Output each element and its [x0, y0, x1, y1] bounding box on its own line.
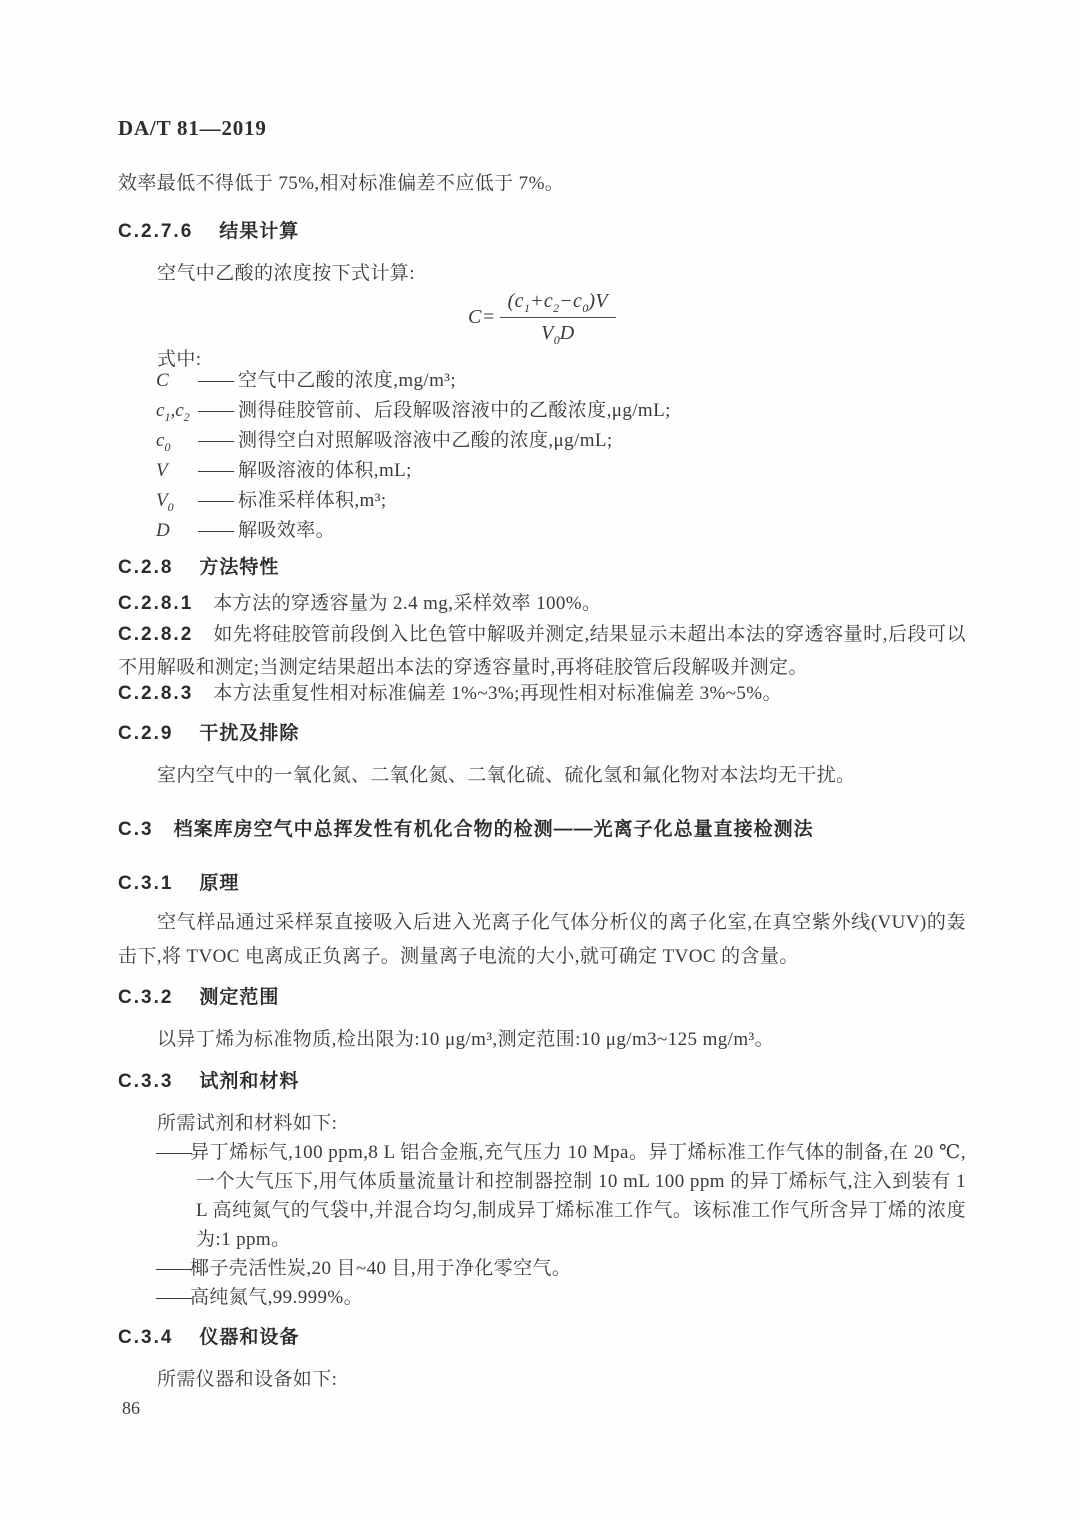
clause-number: C.2.8.1	[118, 593, 193, 614]
bullet-dash: ——	[156, 1142, 190, 1163]
bullet-dash: ——	[156, 1258, 190, 1279]
clause-c33-intro: 所需试剂和材料如下:	[118, 1108, 966, 1140]
clause-text: 如先将硅胶管前段倒入比色管中解吸并测定,结果显示未超出本法的穿透容量时,后段可以…	[118, 624, 966, 678]
list-item: ——高纯氮气,99.999%。	[156, 1283, 966, 1312]
clause-number: C.2.8	[118, 557, 173, 578]
clause-number: C.2.9	[118, 723, 173, 744]
heading-c28: C.2.8方法特性	[118, 552, 966, 579]
definition-text: 标准采样体积,m³;	[238, 486, 966, 516]
clause-number: C.3	[118, 819, 154, 840]
heading-c29: C.2.9干扰及排除	[118, 718, 966, 745]
heading-c276: C.2.7.6结果计算	[118, 216, 966, 243]
definition-row: c1,c2 —— 测得硅胶管前、后段解吸溶液中的乙酸浓度,μg/mL;	[156, 396, 966, 426]
formula-denominator: V0D	[500, 318, 616, 345]
clause-title: 干扰及排除	[199, 723, 299, 744]
symbol-definitions: C —— 空气中乙酸的浓度,mg/m³; c1,c2 —— 测得硅胶管前、后段解…	[156, 366, 966, 546]
clause-title: 测定范围	[199, 987, 279, 1008]
symbol: D	[156, 516, 198, 546]
clause-number: C.2.7.6	[118, 221, 193, 242]
definition-text: 空气中乙酸的浓度,mg/m³;	[238, 366, 966, 396]
list-item: ——椰子壳活性炭,20 目~40 目,用于净化零空气。	[156, 1254, 966, 1283]
clause-c32-text: 以异丁烯为标准物质,检出限为:10 μg/m³,测定范围:10 μg/m3~12…	[118, 1024, 966, 1056]
definition-text: 测得空白对照解吸溶液中乙酸的浓度,μg/mL;	[238, 426, 966, 456]
symbol: C	[156, 366, 198, 396]
definition-dash: ——	[198, 426, 238, 456]
definition-dash: ——	[198, 486, 238, 516]
formula-lhs: C=	[468, 306, 496, 329]
clause-number: C.3.1	[118, 873, 173, 894]
clause-title: 仪器和设备	[199, 1327, 299, 1348]
definition-text: 解吸溶液的体积,mL;	[238, 456, 966, 486]
clause-c29-text: 室内空气中的一氧化氮、二氧化氮、二氧化硫、硫化氢和氟化物对本法均无干扰。	[118, 760, 966, 792]
list-item: ——异丁烯标气,100 ppm,8 L 铝合金瓶,充气压力 10 Mpa。异丁烯…	[156, 1138, 966, 1254]
formula-intro: 空气中乙酸的浓度按下式计算:	[118, 258, 966, 290]
clause-c31-text: 空气样品通过采样泵直接吸入后进入光离子化气体分析仪的离子化室,在真空紫外线(VU…	[118, 906, 966, 974]
formula-numerator: (c1+c2−c0)V	[500, 290, 616, 318]
symbol: c0	[156, 426, 198, 456]
clause-text: 本方法的穿透容量为 2.4 mg,采样效率 100%。	[213, 593, 601, 614]
paragraph-continuation: 效率最低不得低于 75%,相对标准偏差不应低于 7%。	[118, 168, 966, 200]
formula-fraction: (c1+c2−c0)VV0D	[500, 290, 616, 345]
clause-c283: C.2.8.3本方法重复性相对标准偏差 1%~3%;再现性相对标准偏差 3%~5…	[118, 678, 966, 710]
clause-c34-intro: 所需仪器和设备如下:	[118, 1364, 966, 1396]
list-item-text: 高纯氮气,99.999%。	[190, 1287, 363, 1308]
symbol: c1,c2	[156, 396, 198, 426]
clause-c281: C.2.8.1本方法的穿透容量为 2.4 mg,采样效率 100%。	[118, 588, 966, 620]
heading-c31: C.3.1原理	[118, 868, 966, 895]
clause-number: C.3.4	[118, 1327, 173, 1348]
clause-title: 结果计算	[219, 221, 299, 242]
definition-dash: ——	[198, 516, 238, 546]
heading-c33: C.3.3试剂和材料	[118, 1066, 966, 1093]
definition-text: 解吸效率。	[238, 516, 966, 546]
clause-number: C.3.2	[118, 987, 173, 1008]
symbol: V0	[156, 486, 198, 516]
clause-text: 本方法重复性相对标准偏差 1%~3%;再现性相对标准偏差 3%~5%。	[213, 683, 782, 704]
document-page: DA/T 81—2019 效率最低不得低于 75%,相对标准偏差不应低于 7%。…	[0, 0, 1080, 1520]
definition-row: V —— 解吸溶液的体积,mL;	[156, 456, 966, 486]
page-content: DA/T 81—2019 效率最低不得低于 75%,相对标准偏差不应低于 7%。…	[118, 0, 966, 1520]
reagent-list: ——异丁烯标气,100 ppm,8 L 铝合金瓶,充气压力 10 Mpa。异丁烯…	[156, 1138, 966, 1312]
definition-row: D —— 解吸效率。	[156, 516, 966, 546]
heading-c34: C.3.4仪器和设备	[118, 1322, 966, 1349]
definition-row: C —— 空气中乙酸的浓度,mg/m³;	[156, 366, 966, 396]
clause-number: C.2.8.2	[118, 624, 193, 645]
clause-number: C.3.3	[118, 1071, 173, 1092]
heading-c3: C.3档案库房空气中总挥发性有机化合物的检测——光离子化总量直接检测法	[118, 814, 966, 841]
definition-dash: ——	[198, 456, 238, 486]
page-number: 86	[122, 1398, 966, 1419]
heading-c32: C.3.2测定范围	[118, 982, 966, 1009]
definition-text: 测得硅胶管前、后段解吸溶液中的乙酸浓度,μg/mL;	[238, 396, 966, 426]
bullet-dash: ——	[156, 1287, 190, 1308]
symbol: V	[156, 456, 198, 486]
list-item-text: 异丁烯标气,100 ppm,8 L 铝合金瓶,充气压力 10 Mpa。异丁烯标准…	[190, 1142, 966, 1250]
definition-dash: ——	[198, 366, 238, 396]
standard-number: DA/T 81—2019	[118, 116, 966, 141]
clause-title: 档案库房空气中总挥发性有机化合物的检测——光离子化总量直接检测法	[174, 819, 814, 840]
clause-number: C.2.8.3	[118, 683, 193, 704]
list-item-text: 椰子壳活性炭,20 目~40 目,用于净化零空气。	[190, 1258, 571, 1279]
definition-dash: ——	[198, 396, 238, 426]
definition-row: c0 —— 测得空白对照解吸溶液中乙酸的浓度,μg/mL;	[156, 426, 966, 456]
clause-title: 方法特性	[199, 557, 279, 578]
clause-c282: C.2.8.2如先将硅胶管前段倒入比色管中解吸并测定,结果显示未超出本法的穿透容…	[118, 618, 966, 684]
clause-title: 原理	[199, 873, 239, 894]
formula-block: C=(c1+c2−c0)VV0D	[118, 290, 966, 345]
clause-title: 试剂和材料	[199, 1071, 299, 1092]
definition-row: V0 —— 标准采样体积,m³;	[156, 486, 966, 516]
